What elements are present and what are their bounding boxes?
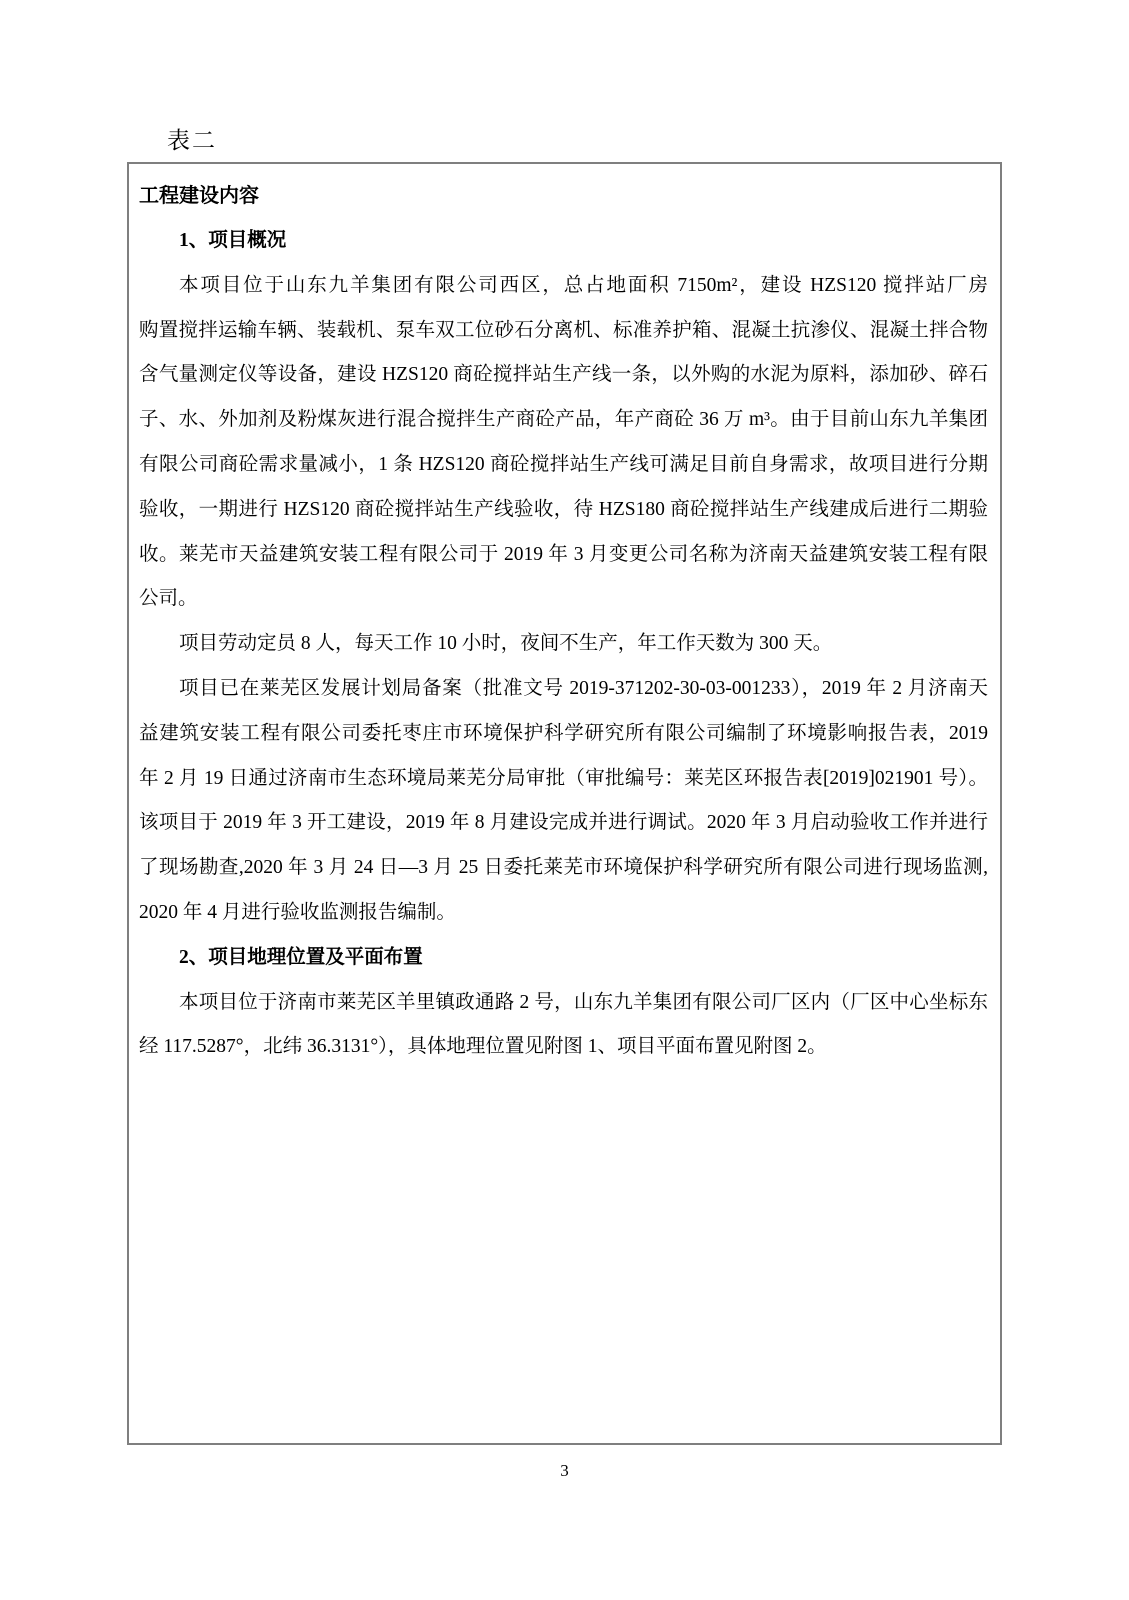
section-heading: 1、项目概况 (139, 219, 988, 264)
paragraph-line: 益建筑安装工程有限公司委托枣庄市环境保护科学研究所有限公司编制了环境影响报告表，… (139, 712, 988, 757)
paragraph-line: 购置搅拌运输车辆、装载机、泵车双工位砂石分离机、标准养护箱、混凝土抗渗仪、混凝土… (139, 309, 988, 354)
paragraph-line: 2020 年 4 月进行验收监测报告编制。 (139, 891, 988, 936)
table-label: 表二 (167, 126, 217, 156)
paragraph-line: 项目劳动定员 8 人，每天工作 10 小时，夜间不生产，年工作天数为 300 天… (139, 622, 988, 667)
section-heading: 2、项目地理位置及平面布置 (139, 936, 988, 981)
paragraph-line: 该项目于 2019 年 3 开工建设，2019 年 8 月建设完成并进行调试。2… (139, 801, 988, 846)
paragraph-line: 有限公司商砼需求量减小，1 条 HZS120 商砼搅拌站生产线可满足目前自身需求… (139, 443, 988, 488)
paragraph-line: 含气量测定仪等设备，建设 HZS120 商砼搅拌站生产线一条，以外购的水泥为原料… (139, 353, 988, 398)
paragraph-line: 本项目位于济南市莱芜区羊里镇政通路 2 号，山东九羊集团有限公司厂区内（厂区中心… (139, 981, 988, 1026)
page-number: 3 (0, 1460, 1129, 1482)
paragraph-line: 收。莱芜市天益建筑安装工程有限公司于 2019 年 3 月变更公司名称为济南天益… (139, 533, 988, 578)
paragraph-line: 年 2 月 19 日通过济南市生态环境局莱芜分局审批（审批编号：莱芜区环报告表[… (139, 757, 988, 802)
document-page: 表二 工程建设内容 1、项目概况本项目位于山东九羊集团有限公司西区，总占地面积 … (0, 0, 1129, 1600)
document-body: 1、项目概况本项目位于山东九羊集团有限公司西区，总占地面积 7150m²，建设 … (139, 219, 988, 1070)
paragraph-line: 项目已在莱芜区发展计划局备案（批准文号 2019-371202-30-03-00… (139, 667, 988, 712)
paragraph-line: 经 117.5287°，北纬 36.3131°），具体地理位置见附图 1、项目平… (139, 1025, 988, 1070)
paragraph-line: 子、水、外加剂及粉煤灰进行混合搅拌生产商砼产品，年产商砼 36 万 m³。由于目… (139, 398, 988, 443)
content-table-border: 工程建设内容 1、项目概况本项目位于山东九羊集团有限公司西区，总占地面积 715… (127, 162, 1002, 1445)
section-title: 工程建设内容 (139, 173, 988, 219)
paragraph-line: 验收，一期进行 HZS120 商砼搅拌站生产线验收，待 HZS180 商砼搅拌站… (139, 488, 988, 533)
paragraph-line: 本项目位于山东九羊集团有限公司西区，总占地面积 7150m²，建设 HZS120… (139, 264, 988, 309)
paragraph-line: 了现场勘查,2020 年 3 月 24 日—3 月 25 日委托莱芜市环境保护科… (139, 846, 988, 891)
paragraph-line: 公司。 (139, 577, 988, 622)
